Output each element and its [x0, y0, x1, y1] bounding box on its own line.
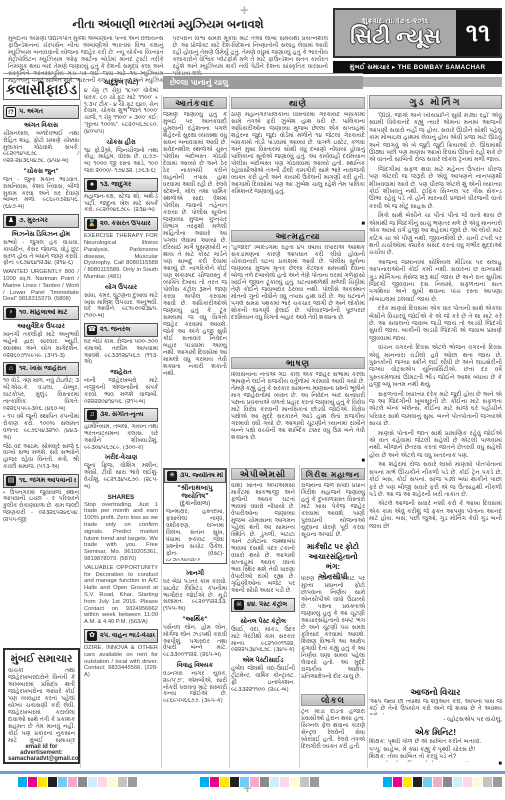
notice-email-label: email id for advertisement:	[8, 744, 75, 756]
section-good-morning: ગુડ મોર્નિંગ	[369, 95, 502, 109]
classified-entry: DZIRE, INNOVA & OTHER cars available on …	[84, 645, 158, 679]
classified-category-bar: ♠૧૩. જાદુગર	[84, 178, 158, 192]
color-swatch	[118, 777, 127, 787]
headline-line: આચારસંહિતાનો ભંગ:	[301, 552, 365, 572]
article-thane: ઠાણે મહાનગરપાલિકાના વિસ્તારમાં ગેરકાયદે …	[231, 112, 365, 220]
ad-text: પર્સનલ લોન, હોમ લોન, મોર્ગેજ લોન ઝડપથી ક…	[163, 625, 227, 659]
divider	[299, 465, 300, 768]
pest-ads: સોનલ પેસ્ટ કંટ્રોલ ઉધઈ, વંદા, માંકડ, ઉંદ…	[231, 615, 295, 768]
column-paragraph: દરેક માણસે દિવસમાં એક વાર પોતાની સાથે એક…	[369, 305, 502, 342]
ad-heading: "આર્થિક"	[163, 616, 227, 624]
classified-heading: ચાંદુકુલ (ચેટ)	[84, 79, 158, 87]
classified-category-bar: ♀૧૦. મહિલાઓ માટે	[3, 306, 79, 320]
classified-entry: ૧૪ ફોડીએ, જિનચીજનો તથા કોહ; માહિમ, વોરસ …	[84, 148, 158, 175]
color-calibration-bar	[200, 777, 319, 787]
divider	[229, 95, 230, 768]
classified-heading: ચોકસ હીરા	[84, 139, 158, 147]
color-swatch	[28, 777, 37, 787]
classified-entry: સભ્યો - જુગલ હક વાચવા, કાષ્ઠદિન, કેસર જે…	[3, 240, 79, 267]
masthead: શુક્રવાર, તા. ૧૭-૬-૨૦૧૬ સિટી ન્યૂસ ૧૧	[333, 8, 502, 58]
column-paragraph: 'ઊઠો, જાગો અને ધ્યેયપ્રાપ્તિ સુધી મંડ્યા…	[369, 112, 502, 164]
woman-icon: ♀	[6, 308, 16, 318]
classified-entry: જેઠ વદ આઠમ, સોમવારે સાંજે ૬ વાગ્યે સભા મ…	[3, 444, 79, 471]
ad-text: વડનગરા નાગર યુવક, ૨૯/૫'૭", એમબીએ, સારી ન…	[163, 671, 227, 705]
music-icon: ♫	[87, 410, 97, 420]
color-swatch	[393, 777, 402, 787]
color-swatch	[383, 777, 392, 787]
flower-icon: ✿	[87, 631, 97, 641]
section-thane: થાણે	[231, 97, 365, 109]
color-swatch	[463, 777, 472, 787]
pest-icon: ☠	[234, 600, 244, 610]
category-label: ૩૫. જ્યોતિષ મહિમા	[180, 472, 223, 480]
color-swatch	[483, 777, 492, 787]
classified-category-bar: !?૫. અંગત	[3, 105, 79, 119]
divider	[80, 100, 81, 768]
divider	[367, 95, 368, 768]
column-paragraph: મિત્રો સાથે બેસીને ચા પીતાં પીતાં જે વાત…	[369, 212, 502, 256]
color-swatch	[443, 777, 452, 787]
publisher-notice-box: મુંબઈ સમાચાર વાચકો તથા જાહેરખબરદારોને વિ…	[3, 648, 80, 764]
column-paragraph: આજના જમાનામાં સોશિયલ મીડિયા પર સલાહ આપના…	[369, 259, 502, 303]
hourglass-icon: ⌛	[87, 219, 97, 229]
color-swatch	[68, 777, 77, 787]
color-swatch	[250, 777, 259, 787]
column-paragraph: જિંદગીમાં સફળ થવા માટે મહેનત ઉપરાંત ધીરજ…	[369, 166, 502, 210]
notice-email: samacharadvt@gmail.com	[8, 756, 75, 762]
classified-entry: • ઉપનગરમાં જુવાવાળાં સ્થાન આપવાની ઇચ્છા …	[3, 490, 79, 524]
color-swatch	[290, 777, 299, 787]
pest-control-box: ☠ ૪૪. પેસ્ટ કંટ્રોલ	[231, 598, 295, 612]
page-number: ૧૧	[456, 10, 500, 56]
classified-category-bar: ⌂૧૨. ખાસ જાહેરાત	[3, 362, 79, 376]
category-label: ૪૪. પેસ્ટ કંટ્રોલ	[247, 601, 287, 609]
classified-category-label: ૩૨. સંગીત-નૃત્ય	[100, 411, 144, 419]
article-girish: રાજ્યના જળ સંપદા પ્રધાન ગિરીશ મહાજને જણા…	[301, 483, 365, 539]
section-local: લોકલ	[301, 694, 365, 706]
one-minute-joke: શિક્ષક: પૃથ્વી ગોળ છે એ સાબિત કરીને બતાવ…	[369, 738, 502, 762]
classified-entry: Stop overtrading. Just 1 trade per month…	[84, 502, 158, 563]
classified-entry: VALUABLE OPPORTUNITY for Decoration to c…	[84, 565, 158, 626]
ad-heading: સોનલ પેસ્ટ કંટ્રોલ	[231, 618, 295, 626]
one-minute-title: એક મિનિટ!	[369, 727, 502, 738]
notice-body: વાચકો તથા જાહેરખબરદારોને વિનંતી કે અખબાર…	[8, 668, 75, 744]
ad-heading: એમ પેસ્ટીસાઈડ	[231, 657, 295, 665]
color-swatch	[210, 777, 219, 787]
ad-heading: વિવાહ વિષયક	[163, 662, 227, 670]
good-morning-column: 'ઊઠો, જાગો અને ધ્યેયપ્રાપ્તિ સુધી મંડ્યા…	[369, 112, 502, 684]
classified-entry: ૪ ચેઠ્ઠ (૧ ચેઠ્ઠ) ૧૮૫૦' વોકેમાં ધારક, ૮૦…	[84, 88, 158, 136]
classified-category-bar: ▤૧૬. જંગમ આપવાની છે	[3, 474, 79, 488]
classified-entry: સાંધા, કમર, ઘૂંટણના દુખાવા માટે ખાસ માલિ…	[84, 293, 158, 320]
divider	[3, 73, 363, 74]
section-girish-mahajan: ગિરીશ મહાજન	[301, 468, 365, 480]
classifieds-column-b: ચાંદુકુલ (ચેટ)૪ ચેઠ્ઠ (૧ ચેઠ્ઠ) ૧૮૫૦' વો…	[84, 76, 158, 768]
classified-heading: યોગ ઉપચાર	[84, 284, 158, 292]
classified-category-label: ૧૦. મહિલાઓ માટે	[19, 309, 68, 317]
furniture-icon: ▤	[6, 476, 16, 486]
ad-title: "શ્રીનાથબાપુ જ્યોતિષ"	[166, 485, 224, 501]
classified-entry: મહાજન-કક્ષ, સ્ટેજ શો, બર્થ-ડે પાર્ટી, જા…	[84, 194, 158, 214]
classified-heading: "ચોકસ જુન"	[3, 168, 79, 176]
section-suicide: આત્મહત્યા	[231, 230, 365, 242]
masthead-left: શુક્રવાર, તા. ૧૭-૬-૨૦૧૬ સિટી ન્યૂસ	[335, 10, 456, 56]
classified-entry: • ૧૫ વર્ષ જૂની સ્થાપિત કંપનીમાં રોકાણ કર…	[3, 414, 79, 441]
end-mark: ■	[231, 221, 365, 227]
color-swatch	[433, 777, 442, 787]
column-paragraph: સફળતાની વ્યાખ્યા દરેક માટે જુદી હોય છે અ…	[369, 391, 502, 428]
classifieds-title: કલાસીફાઈડ	[3, 78, 80, 100]
ad-body: જન્માક્ષર, હસ્તરેખા, ફસાયેલાં નાણાં, વશી…	[166, 509, 224, 561]
classified-entry: EXERCISE THERAPY FOR Neurological illnes…	[84, 233, 158, 281]
classified-entry: ૧૦ વોર્ડ, ત્રણ માળ, નવું ટોઇલેટ; ૩ બી.એચ…	[3, 378, 79, 412]
classifieds-column-a: !?૫. અંગતઅંગત વિકાસચીમનલાલ, બળદેવભાઈ તથા…	[3, 102, 79, 645]
notice-title: મુંબઈ સમાચાર	[8, 653, 75, 666]
footer-rule	[0, 771, 505, 774]
color-swatch	[423, 777, 432, 787]
classified-heading: SHARES	[84, 494, 158, 501]
classified-heading: બિઝનેસ ડિવિઝન હોમ	[3, 231, 79, 239]
color-swatch	[38, 777, 47, 787]
masthead-title: સિટી ન્યૂસ	[350, 26, 441, 48]
lead-headline: નીતા અંબાણી ભારતમાં મ્યુઝિયમ બનાવશે	[8, 19, 328, 32]
divider	[161, 95, 162, 768]
column-paragraph: માણસે પોતાની જાત સાથે પ્રામાણિક રહેવું જ…	[369, 430, 502, 460]
classified-entry: જૂનાં ફ્રિજ, વોશિંગ મશીન, એસી, ટીવી સારા…	[84, 463, 158, 490]
classified-entry: WANTED URGENTLY 800 / 1000 sq.ft. Narima…	[3, 269, 79, 303]
classified-entry: ઘર બેઠાં કામ. રોજના ૫૦૦-૭૦૦ કમાઓ. તાલીમ …	[84, 339, 158, 366]
phone-icon: ☎	[87, 325, 97, 335]
color-swatch	[413, 777, 422, 787]
person-icon: ♟	[6, 216, 16, 226]
section-terrorism: આતંકવાદ	[163, 97, 227, 109]
classified-category-label: ૧૬. જંગમ આપવાની છે	[19, 477, 76, 485]
classified-heading: અંગત વિકાસ	[3, 122, 79, 130]
column-paragraph: વાંચન વગરનો દિવસ એટલે ભોજન વગરનો દિવસ એવ…	[369, 344, 502, 388]
joke-line: શિક્ષક: તોય સાબિત તો કરવું પડે ને?	[369, 753, 502, 761]
color-swatch	[88, 777, 97, 787]
section-speech: ભાષણ	[231, 357, 365, 369]
classified-category-label: ૨૫. વાહન ભાડે-વેચાણ	[100, 632, 155, 640]
color-swatch	[240, 777, 249, 787]
color-swatch	[128, 777, 137, 787]
classified-category-bar: ⌛૨૦. કસરત ઉપચાર	[84, 217, 158, 231]
continued-bar: છેલ્લા પાનાનું ચાલુ	[163, 76, 363, 89]
classified-category-bar: ✿૨૫. વાહન ભાડે-વેચાણ	[84, 629, 158, 643]
thought-attribution: - વ્હોટ્સએપ પર વાંચેલું.	[369, 716, 502, 724]
ad-text: ઉધઈ, વંદા, માંકડ, ઉંદર માટે ગેરંટીથી કામ…	[231, 627, 295, 654]
color-swatch	[98, 777, 107, 787]
color-swatch	[300, 777, 309, 787]
classified-category-label: ૧૩. જાદુગર	[100, 181, 131, 189]
classified-category-label: ૭. મુરતગર	[19, 217, 48, 225]
article-suicide: "હજારો" બિલ્ડિંગમાં રહેતા ૪૫ વર્ષીય વેપા…	[231, 245, 365, 351]
color-swatch	[220, 777, 229, 787]
color-swatch	[48, 777, 57, 787]
color-swatch	[108, 777, 117, 787]
color-swatch	[260, 777, 269, 787]
ad-text: ઘર બેઠાં પડતર કામ કરાવો. પ્રાઇવેટ લિમિટે…	[163, 579, 227, 613]
registration-cross-top: +	[240, 2, 249, 19]
personal-ads: ખાનગી ઘર બેઠાં પડતર કામ કરાવો. પ્રાઇવેટ …	[163, 567, 227, 768]
color-calibration-bar	[383, 777, 502, 787]
classified-entry: હાર્મોનિયમ, તબલાં, ગાયન તથા ભરતનાટ્યમના …	[84, 424, 158, 451]
article-speech: શિવસેનાના નેતાએ ગઈ કાલે એક જાહેર સભામાં …	[231, 372, 365, 457]
color-swatch	[78, 777, 87, 787]
color-swatch	[473, 777, 482, 787]
hat-icon: ♠	[87, 180, 97, 190]
ad-text: હર્બલ જેલથી વંદા-ઉધઈની ટ્રીટમેન્ટ. વાર્ષ…	[231, 666, 295, 693]
color-calibration-bar	[18, 777, 137, 787]
headline-line: માર્કશીટ પર ફોટો	[301, 542, 365, 552]
classified-heading: જાહેરાત	[84, 369, 158, 377]
color-swatch	[270, 777, 279, 787]
column-paragraph: આ શહેરમાં રોજ સવારે લાખો માણસો પોતપોતાના…	[369, 461, 502, 498]
classified-category-bar: ☎૨૧. જનરલ	[84, 323, 158, 337]
ad-subtitle: (દુકાનીવાળા)	[166, 501, 224, 508]
mandala-icon: ✳	[167, 471, 177, 481]
color-swatch	[493, 777, 502, 787]
classified-heading: ખરીદ-વેચાણ	[84, 454, 158, 462]
end-mark: ■	[369, 761, 502, 767]
classified-heading: આયુર્વેદિક ઉપચાર	[3, 323, 79, 331]
color-swatch	[453, 777, 462, 787]
classified-category-label: ૨૦. કસરત ઉપચાર	[100, 220, 151, 228]
classified-entry: ચીમનલાલ, બળદેવભાઈ તથા રોહિત શાહ, ફોટો પ્…	[3, 131, 79, 165]
column-paragraph: એટલે આજની સવારે નક્કી કરો કે આખા દિવસમાં…	[369, 500, 502, 530]
home-icon: ⌂	[6, 364, 16, 374]
classified-category-bar: ♟૭. મુરતગર	[3, 214, 79, 228]
color-swatch	[310, 777, 319, 787]
newspaper-page: + + નીતા અંબાણી ભારતમાં મ્યુઝિયમ બનાવશે …	[0, 0, 505, 800]
color-swatch	[18, 777, 27, 787]
article-marksheet: ધોરણ દસની માર્કશીટ પર મુખ્ય પ્રધાનનો ફોટ…	[301, 576, 365, 691]
color-swatch	[280, 777, 289, 787]
classified-category-label: ૨૧. જનરલ	[100, 326, 130, 334]
classified-category-label: ૫. અંગત	[19, 108, 43, 116]
article-terrorism: જેમણે જણાવ્યું હતું કે મુંબઈ પર આતંકવાદી…	[163, 112, 227, 464]
classified-entry: નાની જાહેરખબરો માટે નજીકની એજન્સીનો સંપર…	[84, 378, 158, 405]
color-swatch	[230, 777, 239, 787]
article-local: ટ્રેન મોડી દોડતાં હજારો પ્રવાસીઓ હેરાન થ…	[301, 709, 365, 768]
jyotish-ad-box: ✳ ૩૫. જ્યોતિષ મહિમા "શ્રીનાથબાપુ જ્યોતિષ…	[163, 468, 227, 564]
color-swatch	[58, 777, 67, 787]
article-apmc: વાશી ખાતેની એપીએમસી માર્કેટમાં શાકભાજી અ…	[231, 483, 295, 595]
classified-entry: જત - જુના મકાન ભાડવાત, રામનિવાસ, કેશવ નિ…	[3, 177, 79, 211]
ad-heading: ખાનગી	[163, 570, 227, 578]
classified-category-label: ૧૨. ખાસ જાહેરાત	[19, 365, 66, 373]
classified-category-bar: ♫૩૨. સંગીત-નૃત્ય	[84, 408, 158, 422]
section-apmc: એપીએમસી	[231, 468, 295, 480]
color-swatch	[403, 777, 412, 787]
joke-line: શિક્ષક: પૃથ્વી ગોળ છે એ સાબિત કરીને બતાવ…	[369, 738, 502, 746]
end-mark: ■	[231, 458, 365, 464]
todays-thought: 'આપ જ્યાં છો ત્યાંથી જ શરૂઆત કરો, આપની પ…	[369, 699, 502, 715]
classified-entry: ખાનગી તકલીફો માટે અનુભવી બહેનો દ્વારા સા…	[3, 332, 79, 359]
color-swatch	[200, 777, 209, 787]
exclaim-icon: !?	[6, 107, 16, 117]
todays-thought-title: આજનો વિચાર	[369, 687, 502, 698]
